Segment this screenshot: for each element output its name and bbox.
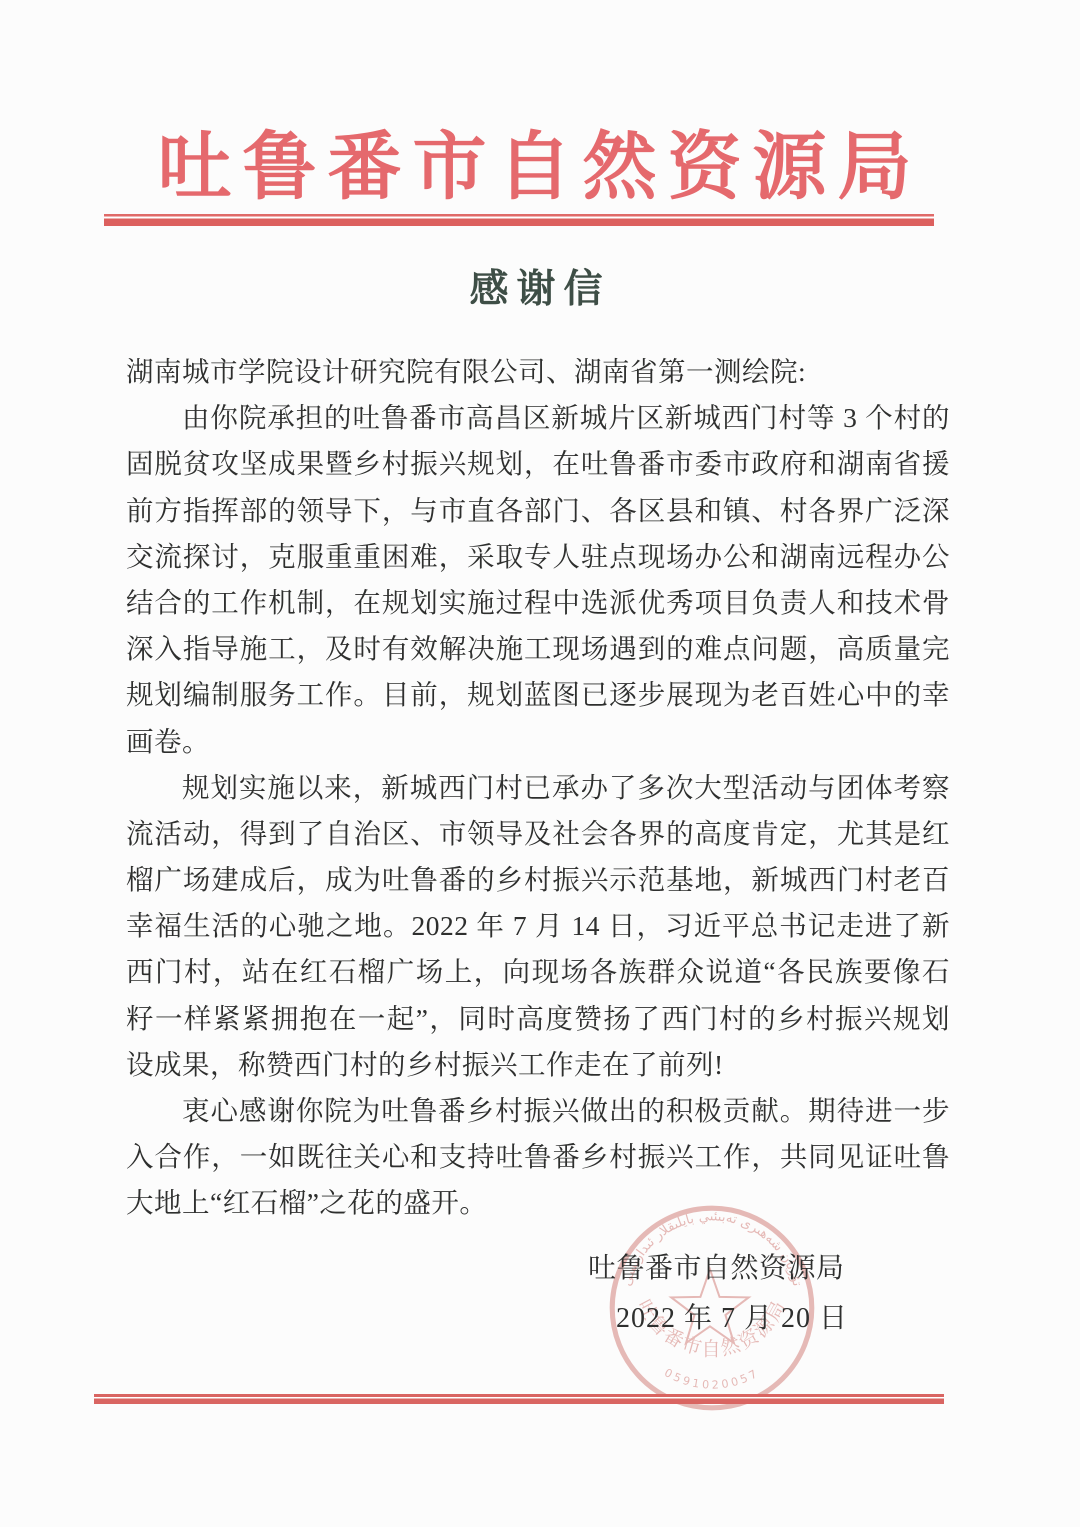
paragraph-2-line: 西门村，站在红石榴广场上，向现场各族群众说道“各民族要像石榴 [126, 949, 950, 995]
paragraph-2-line: 籽一样紧紧拥抱在一起”，同时高度赞扬了西门村的乡村振兴规划建 [126, 996, 950, 1042]
footer-rule [94, 1394, 944, 1404]
paragraph-1-line: 结合的工作机制，在规划实施过程中选派优秀项目负责人和技术骨干 [126, 580, 950, 626]
letterhead-rule [104, 214, 934, 226]
paragraph-3-line: 衷心感谢你院为吐鲁番乡村振兴做出的积极贡献。期待进一步深 [126, 1088, 950, 1134]
paragraph-1-line: 交流探讨，克服重重困难，采取专人驻点现场办公和湖南远程办公相 [126, 534, 950, 580]
paragraph-1-line: 前方指挥部的领导下，与市直各部门、各区县和镇、村各界广泛深入 [126, 488, 950, 534]
paragraph-1-line: 画卷。 [126, 719, 950, 765]
paragraph-2-line: 榴广场建成后，成为吐鲁番的乡村振兴示范基地，新城西门村老百姓 [126, 857, 950, 903]
letterhead-org-name: 吐鲁番市自然资源局 [0, 108, 1080, 214]
signature-date: 2022 年 7 月 20 日 [616, 1296, 848, 1336]
document-title: 感谢信 [0, 258, 1080, 314]
signature-org-name: 吐鲁番市自然资源局 [588, 1246, 845, 1286]
paragraph-1-line: 固脱贫攻坚成果暨乡村振兴规划，在吐鲁番市委市政府和湖南省援疆 [126, 441, 950, 487]
svg-text:0591020057: 0591020057 [662, 1366, 762, 1392]
paragraph-1-line: 规划编制服务工作。目前，规划蓝图已逐步展现为老百姓心中的幸福 [126, 672, 950, 718]
paragraph-3-line: 大地上“红石榴”之花的盛开。 [126, 1180, 950, 1226]
paragraph-2-line: 幸福生活的心驰之地。2022 年 7 月 14 日，习近平总书记走进了新城 [126, 903, 950, 949]
scanned-letter-page: 吐鲁番市自然资源局 感谢信 湖南城市学院设计研究院有限公司、湖南省第一测绘院: … [0, 0, 1080, 1527]
paragraph-3-line: 入合作，一如既往关心和支持吐鲁番乡村振兴工作，共同见证吐鲁番 [126, 1134, 950, 1180]
paragraph-1-line: 深入指导施工，及时有效解决施工现场遇到的难点问题，高质量完成 [126, 626, 950, 672]
letter-body: 湖南城市学院设计研究院有限公司、湖南省第一测绘院: 由你院承担的吐鲁番市高昌区新… [126, 349, 950, 1227]
paragraph-2-line: 流活动，得到了自治区、市领导及社会各界的高度肯定，尤其是红石 [126, 811, 950, 857]
paragraph-2-line: 规划实施以来，新城西门村已承办了多次大型活动与团体考察交 [126, 765, 950, 811]
seal-code-digits: 0591020057 [662, 1366, 762, 1392]
paragraph-2-line: 设成果，称赞西门村的乡村振兴工作走在了前列! [126, 1042, 950, 1088]
paragraph-1-line: 由你院承担的吐鲁番市高昌区新城片区新城西门村等 3 个村的巩 [126, 395, 950, 441]
salutation: 湖南城市学院设计研究院有限公司、湖南省第一测绘院: [126, 349, 950, 395]
